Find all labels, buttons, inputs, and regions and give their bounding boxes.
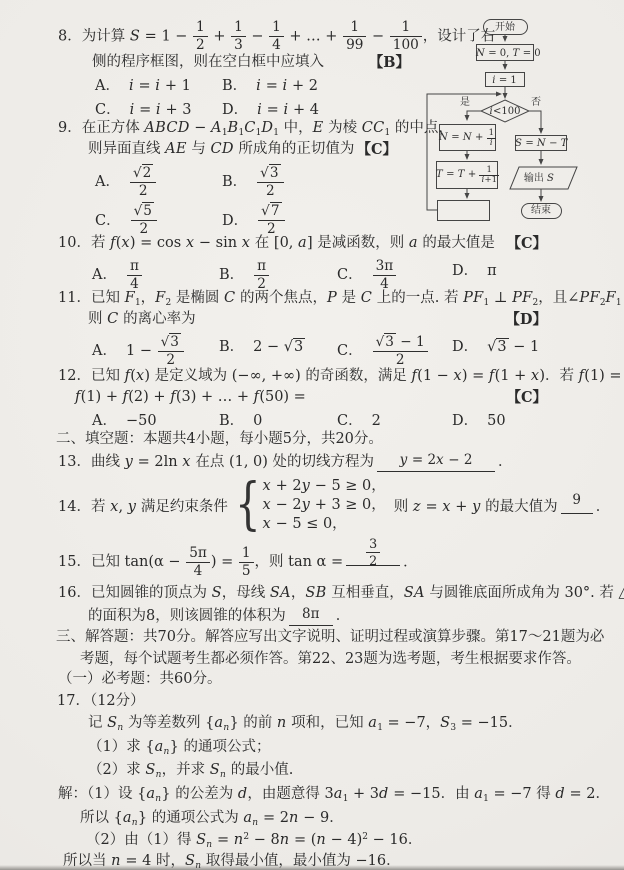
- question-16-answer-blank: 8π: [289, 608, 333, 626]
- question-12-line-2-text: f(1) + f(2) + f(3) + … + f(50) =: [75, 389, 306, 405]
- question-8-options: A．i = i + 1 B．i = i + 2 C．i = i + 3 D．i …: [95, 76, 495, 121]
- flowchart-end-label: 结束: [521, 204, 561, 217]
- question-14-answer: 9: [572, 492, 581, 508]
- option-b: B．2 − √3: [219, 335, 337, 367]
- brace: {: [235, 477, 261, 533]
- question-11: 11．已知 F1，F2 是椭圆 C 的两个焦点，P 是 C 上的一点. 若 PF…: [58, 288, 624, 367]
- question-14-text: 14．若 x, y 满足约束条件: [58, 495, 228, 516]
- option-d: D．√3 − 1: [452, 335, 624, 367]
- section-3-header: 三、解答题：共70分。解答应写出文字说明、证明过程或演算步骤。第17～21题为必…: [56, 627, 604, 670]
- flowchart-no-label: 否: [531, 96, 541, 109]
- option-b: B．i = i + 2: [222, 76, 422, 97]
- flowchart-output-label: 输出 S: [510, 172, 568, 185]
- question-11-answer-marker: 【D】: [505, 309, 547, 330]
- question-17-solution-2: 所以 {an} 的通项公式为 an = 2n − 9．: [80, 808, 344, 829]
- section-2-header: 二、填空题：本题共4小题，每小题5分，共20分。: [56, 429, 383, 450]
- question-17-head: 17．（12分）: [57, 691, 145, 712]
- question-14-answer-blank: 9: [561, 496, 593, 514]
- question-17-part-1: （1）求 {an} 的通项公式；: [88, 737, 270, 758]
- question-15-text: 15．已知 tan(α − 5π4) = 15，则 tan α =: [58, 554, 343, 570]
- question-13-text: 13．曲线 y = 2ln x 在点 (1, 0) 处的切线方程为: [58, 454, 374, 470]
- question-11-line-2-text: 则 C 的离心率为: [88, 311, 196, 327]
- question-8-answer-marker: 【B】: [369, 52, 410, 73]
- section-3-line-1: 三、解答题：共70分。解答应写出文字说明、证明过程或演算步骤。第17～21题为必: [56, 627, 604, 648]
- question-16-answer: 8π: [302, 604, 319, 625]
- question-17-solution-3: （2）由（1）得 Sn = n2 − 8n = (n − 4)2 − 16．: [86, 830, 422, 851]
- question-15-answer-blank: 32: [346, 548, 400, 566]
- question-14: 14．若 x, y 满足约束条件 { x + 2y − 5 ≥ 0， x − 2…: [58, 474, 610, 536]
- option-a: A．√22: [95, 166, 222, 198]
- question-11-line-2: 【D】 则 C 的离心率为: [88, 309, 547, 330]
- question-10-options: A．π4 B．π2 C．3π4 D．π: [92, 259, 547, 291]
- question-15: 15．已知 tan(α − 5π4) = 15，则 tan α =32．: [58, 546, 418, 578]
- scan-edge-shadow: [0, 865, 624, 870]
- question-12-line-1: 12．已知 f(x) 是定义域为 (−∞, +∞) 的奇函数，满足 f(1 − …: [58, 366, 624, 387]
- question-9-line-1: 9．在正方体 ABCD − A1B1C1D1 中，E 为棱 CC1 的中点，: [58, 118, 453, 139]
- question-9: 9．在正方体 ABCD − A1B1C1D1 中，E 为棱 CC1 的中点， 【…: [58, 118, 453, 237]
- question-8-line-2-text: 侧的程序框图，则在空白框中应填入: [92, 54, 324, 70]
- constraint-3: x − 5 ≤ 0，: [263, 515, 386, 534]
- option-c: C．√3 − 12: [337, 335, 452, 367]
- section-3-line-2: 考题，每个试题考生都必须作答。第22、23题为选考题，考生根据要求作答。: [80, 649, 604, 670]
- flowchart-step-s-label: S = N − T: [515, 137, 566, 150]
- question-8-line-2: 【B】 侧的程序框图，则在空白框中应填入: [92, 52, 410, 73]
- question-17-part-2: （2）求 Sn，并求 Sn 的最小值.: [88, 760, 293, 781]
- question-11-line-1: 11．已知 F1，F2 是椭圆 C 的两个焦点，P 是 C 上的一点. 若 PF…: [58, 288, 624, 309]
- question-10-line-1-text: 10．若 f(x) = cos x − sin x 在 [0, a] 是减函数，…: [58, 235, 495, 251]
- question-13-answer-blank: y = 2x − 2: [377, 454, 495, 472]
- question-16-line-2: 的面积为8，则该圆锥的体积为8π．: [88, 606, 624, 627]
- question-12-line-2: 【C】 f(1) + f(2) + f(3) + … + f(50) =: [75, 387, 547, 408]
- option-d: D．√72: [222, 204, 422, 236]
- option-a: A．1 − √32: [92, 335, 219, 367]
- option-b: B．√32: [222, 166, 422, 198]
- question-12-answer-marker: 【C】: [506, 387, 547, 408]
- question-9-options: A．√22 B．√32 C．√52 D．√72: [95, 166, 453, 237]
- option-d: D．π: [452, 259, 547, 291]
- question-16-line-1: 16．已知圆锥的顶点为 S，母线 SA，SB 互相垂直，SA 与圆锥底面所成角为…: [58, 583, 624, 604]
- question-8: 8．为计算 S = 1 − 12 + 13 − 14 + … + 199 − 1…: [58, 20, 495, 121]
- question-10: 【C】 10．若 f(x) = cos x − sin x 在 [0, a] 是…: [58, 233, 547, 291]
- option-c: C．√52: [95, 204, 222, 236]
- question-9-answer-marker: 【C】: [356, 139, 397, 160]
- constraint-system: { x + 2y − 5 ≥ 0， x − 2y + 3 ≥ 0， x − 5 …: [230, 477, 386, 534]
- question-17-solution-1: 解：（1）设 {an} 的公差为 d，由题意得 3a1 + 3d = −15．由…: [58, 784, 610, 805]
- constraint-2: x − 2y + 3 ≥ 0，: [263, 496, 386, 515]
- question-14-post-text: 则 z = x + y 的最大值为: [394, 495, 558, 516]
- question-13: 13．曲线 y = 2ln x 在点 (1, 0) 处的切线方程为y = 2x …: [58, 452, 513, 473]
- question-9-line-2-text: 则异面直线 AE 与 CD 所成角的正切值为: [88, 141, 354, 157]
- option-b: B．π2: [219, 259, 337, 291]
- option-c: C．3π4: [337, 259, 452, 291]
- question-13-answer: y = 2x − 2: [400, 450, 473, 471]
- question-11-options: A．1 − √32 B．2 − √3 C．√3 − 12 D．√3 − 1: [92, 335, 624, 367]
- question-16: 16．已知圆锥的顶点为 S，母线 SA，SB 互相垂直，SA 与圆锥底面所成角为…: [58, 583, 624, 627]
- question-10-line-1: 【C】 10．若 f(x) = cos x − sin x 在 [0, a] 是…: [58, 233, 547, 254]
- option-a: A．π4: [92, 259, 219, 291]
- question-17-intro: 记 Sn 为等差数列 {an} 的前 n 项和，已知 a1 = −7，S3 = …: [88, 713, 523, 734]
- exam-paper-page: 开始 N = 0, T = 0 i = 1 i<100 是 否 N = N + …: [0, 0, 624, 870]
- question-10-answer-marker: 【C】: [506, 233, 547, 254]
- subsection-1-header: （一）必考题：共60分。: [58, 669, 221, 690]
- option-d: D．50: [452, 411, 624, 432]
- question-8-line-1: 8．为计算 S = 1 − 12 + 13 − 14 + … + 199 − 1…: [58, 20, 495, 52]
- question-15-answer: 32: [365, 537, 381, 568]
- question-12: 12．已知 f(x) 是定义域为 (−∞, +∞) 的奇函数，满足 f(1 − …: [58, 366, 624, 432]
- option-a: A．i = i + 1: [95, 76, 222, 97]
- question-9-line-2: 【C】 则异面直线 AE 与 CD 所成角的正切值为: [88, 139, 397, 160]
- constraint-1: x + 2y − 5 ≥ 0，: [263, 477, 386, 496]
